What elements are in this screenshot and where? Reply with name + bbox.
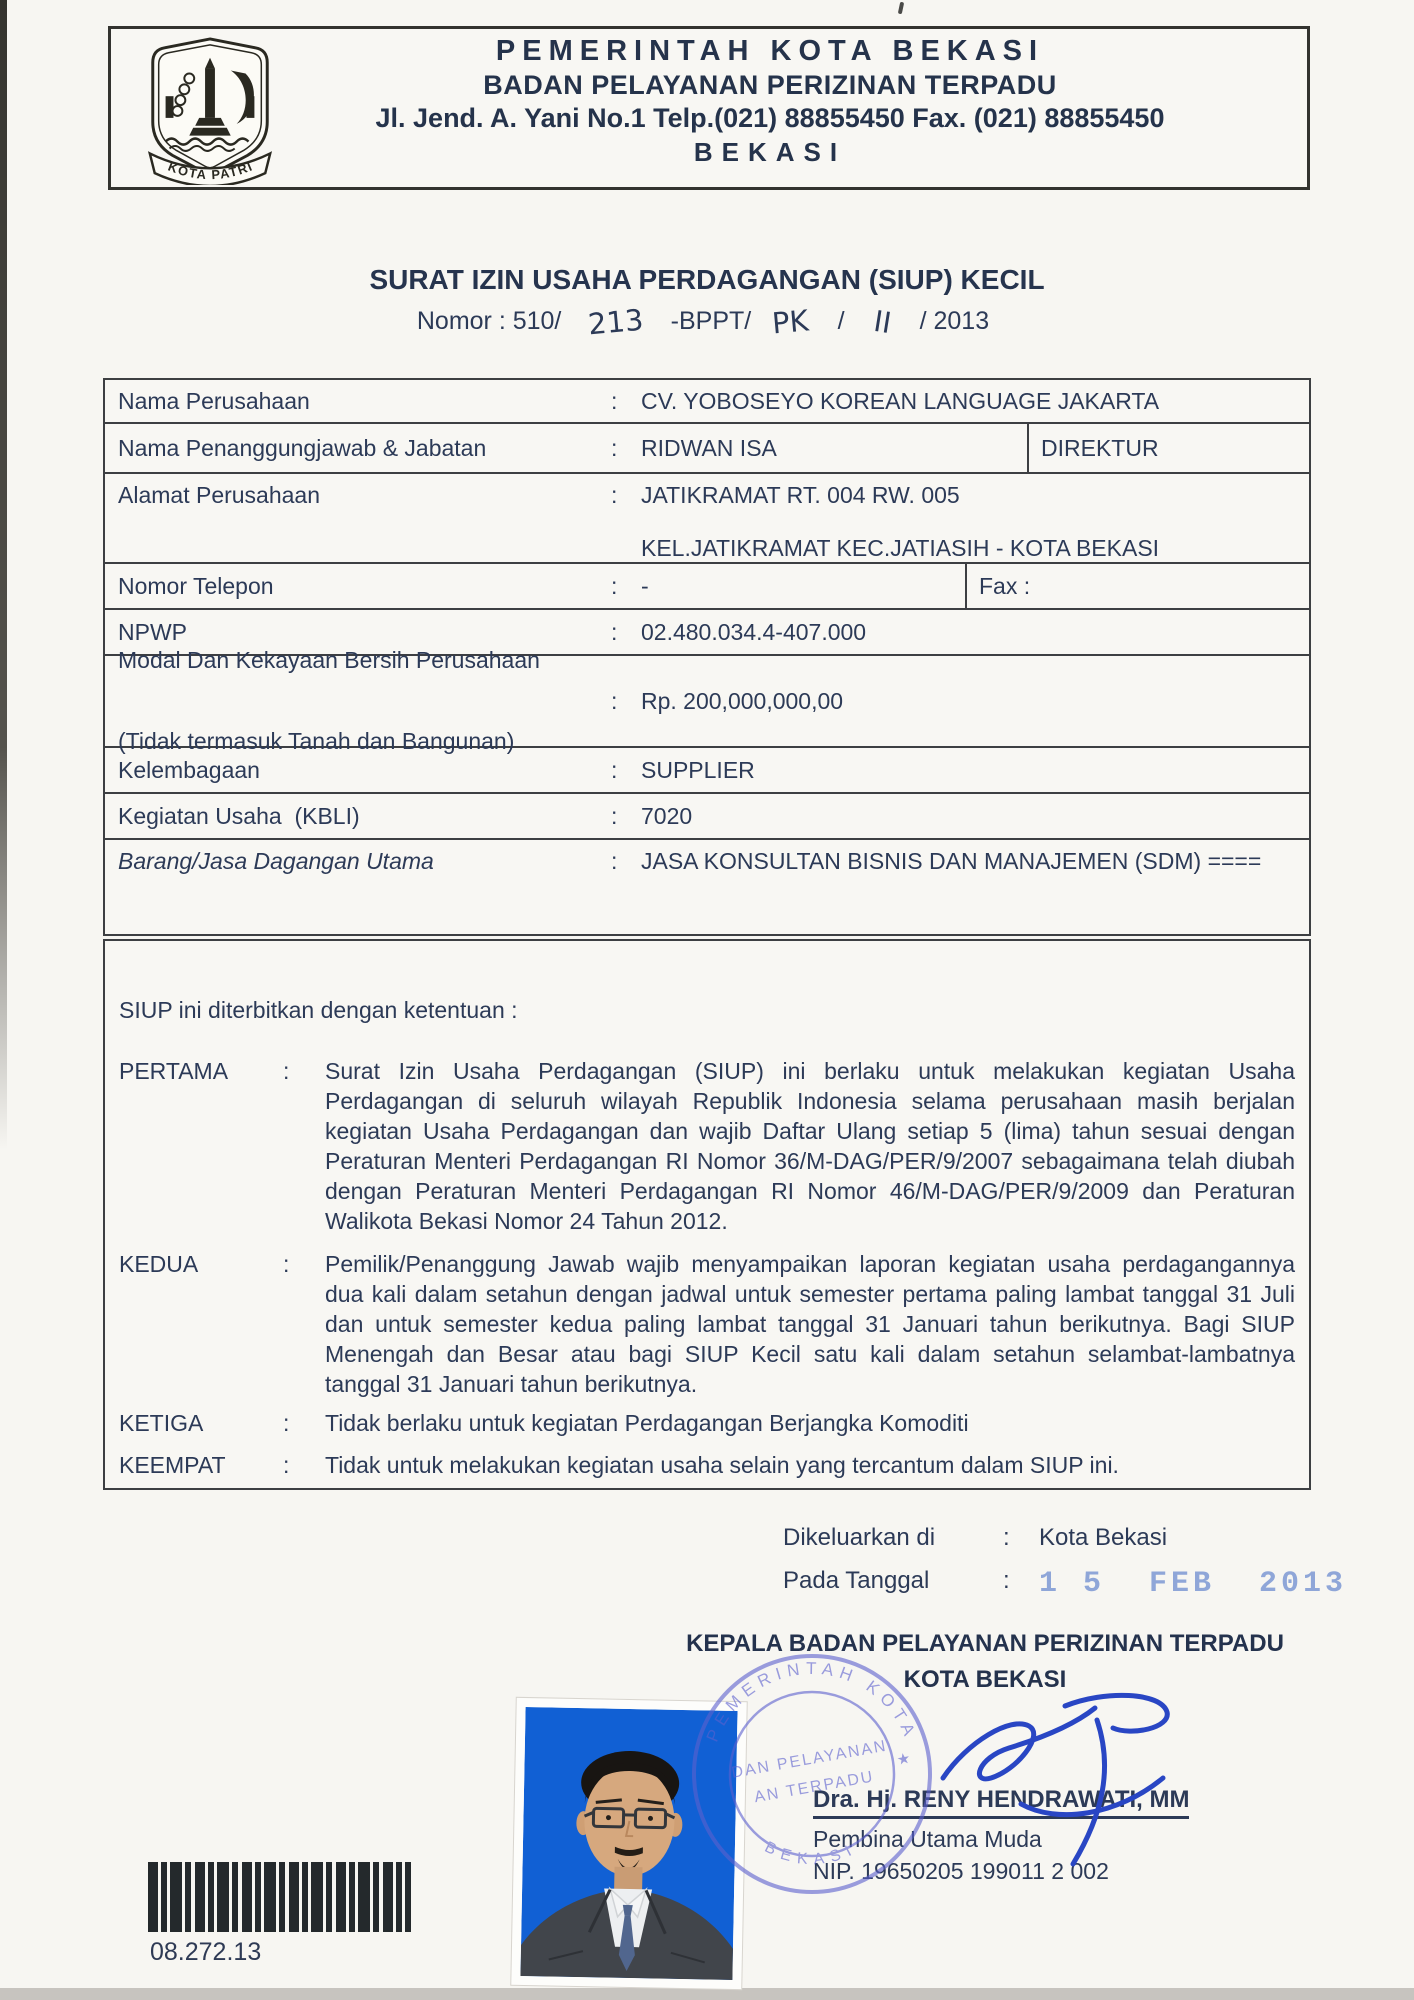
- condition-colon: :: [271, 1450, 313, 1480]
- issued-at-row: Dikeluarkan di : Kota Bekasi: [783, 1524, 1347, 1552]
- condition-text: Surat Izin Usaha Perdagangan (SIUP) ini …: [325, 1056, 1295, 1236]
- condition-text: Pemilik/Penanggung Jawab wajib menyampai…: [325, 1249, 1295, 1399]
- condition-term: KEDUA: [119, 1249, 271, 1399]
- conditions-intro: SIUP ini diterbitkan dengan ketentuan :: [119, 997, 1295, 1024]
- number-handwritten-code: PK: [771, 303, 810, 340]
- issued-at-label: Dikeluarkan di: [783, 1524, 1003, 1552]
- agency-name: BADAN PELAYANAN PERIZINAN TERPADU: [241, 70, 1299, 101]
- field-colon: :: [611, 482, 641, 509]
- table-row: Nama Penanggungjawab & Jabatan : RIDWAN …: [105, 424, 1309, 474]
- field-value: Rp. 200,000,000,00: [641, 688, 1309, 715]
- issuance-block: Dikeluarkan di : Kota Bekasi Pada Tangga…: [783, 1524, 1347, 1610]
- address-line-1: JATIKRAMAT RT. 004 RW. 005: [641, 482, 1309, 509]
- letterhead-text: PEMERINTAH KOTA BEKASI BADAN PELAYANAN P…: [241, 35, 1299, 168]
- agency-address: Jl. Jend. A. Yani No.1 Telp.(021) 888554…: [241, 103, 1299, 134]
- document-title: SURAT IZIN USAHA PERDAGANGAN (SIUP) KECI…: [103, 264, 1311, 296]
- table-row: Barang/Jasa Dagangan Utama : JASA KONSUL…: [105, 840, 1309, 934]
- condition-term: KEEMPAT: [119, 1450, 271, 1480]
- field-value: JATIKRAMAT RT. 004 RW. 005 KEL.JATIKRAMA…: [641, 482, 1309, 562]
- condition-item: PERTAMA : Surat Izin Usaha Perdagangan (…: [119, 1056, 1295, 1236]
- condition-item: KETIGA : Tidak berlaku untuk kegiatan Pe…: [119, 1408, 1295, 1438]
- field-colon: :: [611, 803, 641, 830]
- date-stamp: 1 5 FEB 2013: [1039, 1567, 1347, 1601]
- condition-item: KEDUA : Pemilik/Penanggung Jawab wajib m…: [119, 1249, 1295, 1399]
- address-line-2: KEL.JATIKRAMAT KEC.JATIASIH - KOTA BEKAS…: [641, 535, 1309, 562]
- table-row: Alamat Perusahaan : JATIKRAMAT RT. 004 R…: [105, 474, 1309, 564]
- scan-edge-artifact: [0, 1988, 1414, 2000]
- table-row: Modal Dan Kekayaan Bersih Perusahaan (Ti…: [105, 656, 1309, 748]
- table-row: Kegiatan Usaha (KBLI) : 7020: [105, 794, 1309, 840]
- fax-cell: Fax :: [965, 564, 1309, 608]
- issued-date-label: Pada Tanggal: [783, 1567, 1003, 1595]
- condition-colon: :: [271, 1249, 313, 1399]
- condition-text: Tidak berlaku untuk kegiatan Perdagangan…: [325, 1408, 1295, 1438]
- government-name: PEMERINTAH KOTA BEKASI: [241, 35, 1299, 68]
- issued-date-colon: :: [1003, 1567, 1039, 1595]
- field-value: SUPPLIER: [641, 757, 1309, 784]
- number-mid: -BPPT/: [671, 307, 752, 336]
- scan-artifact: [898, 2, 904, 15]
- number-prefix: Nomor : 510/: [417, 307, 562, 336]
- condition-term: PERTAMA: [119, 1056, 271, 1236]
- condition-term: KETIGA: [119, 1408, 271, 1438]
- field-value: 02.480.034.4-407.000: [641, 619, 1309, 646]
- barcode-number: 08.272.13: [150, 1938, 261, 1967]
- barcode: [148, 1862, 411, 1932]
- field-colon: :: [611, 619, 641, 646]
- field-label: Kelembagaan: [105, 757, 611, 784]
- stamp-arc-top-text: PEMERINTAH KOTA: [703, 1659, 921, 1745]
- issued-at-value: Kota Bekasi: [1039, 1524, 1167, 1552]
- field-colon: :: [611, 388, 641, 415]
- field-colon: :: [611, 573, 641, 600]
- table-row: Nama Perusahaan : CV. YOBOSEYO KOREAN LA…: [105, 380, 1309, 424]
- field-label: Barang/Jasa Dagangan Utama: [105, 848, 611, 875]
- jabatan-cell: DIREKTUR: [1027, 424, 1309, 472]
- handwritten-signature: [925, 1682, 1195, 1872]
- stamp-star-icon: ★: [895, 1750, 911, 1769]
- document-number: Nomor : 510/ 213 -BPPT/ PK / II / 2013: [103, 302, 1311, 336]
- number-year: / 2013: [920, 307, 990, 336]
- issued-date-row: Pada Tanggal : 1 5 FEB 2013: [783, 1564, 1347, 1598]
- number-handwritten-month: II: [871, 304, 893, 340]
- field-label: Kegiatan Usaha (KBLI): [105, 803, 611, 830]
- siup-document-page: KOTA PATRIOT PEMERINTAH KOTA BEKASI BADA…: [0, 0, 1414, 2000]
- company-info-table: Nama Perusahaan : CV. YOBOSEYO KOREAN LA…: [103, 378, 1311, 936]
- field-value: 7020: [641, 803, 1309, 830]
- condition-colon: :: [271, 1408, 313, 1438]
- svg-text:BEKASI: BEKASI: [762, 1839, 861, 1869]
- scan-edge-artifact: [0, 0, 7, 1150]
- conditions-box: SIUP ini diterbitkan dengan ketentuan : …: [103, 939, 1311, 1490]
- field-colon: :: [611, 435, 641, 462]
- svg-text:PEMERINTAH KOTA: PEMERINTAH KOTA: [703, 1659, 921, 1745]
- field-colon: :: [611, 688, 641, 715]
- number-slash: /: [838, 307, 845, 336]
- condition-item: KEEMPAT : Tidak untuk melakukan kegiatan…: [119, 1450, 1295, 1480]
- modal-label-line-1: Modal Dan Kekayaan Bersih Perusahaan: [118, 647, 611, 674]
- field-colon: :: [611, 757, 641, 784]
- document-title-block: SURAT IZIN USAHA PERDAGANGAN (SIUP) KECI…: [103, 264, 1311, 336]
- table-row: Kelembagaan : SUPPLIER: [105, 748, 1309, 794]
- number-handwritten-serial: 213: [587, 303, 645, 342]
- field-value: JASA KONSULTAN BISNIS DAN MANAJEMEN (SDM…: [641, 848, 1309, 875]
- field-value: CV. YOBOSEYO KOREAN LANGUAGE JAKARTA: [641, 388, 1309, 415]
- condition-text: Tidak untuk melakukan kegiatan usaha sel…: [325, 1450, 1295, 1480]
- field-label: Nama Perusahaan: [105, 388, 611, 415]
- field-label: Alamat Perusahaan: [105, 482, 611, 509]
- official-round-stamp: PEMERINTAH KOTA BEKASI DAN PELAYANAN AN …: [686, 1648, 938, 1900]
- field-colon: :: [611, 848, 641, 875]
- letterhead: KOTA PATRIOT PEMERINTAH KOTA BEKASI BADA…: [108, 26, 1310, 190]
- stamp-arc-bottom-text: BEKASI: [762, 1839, 861, 1869]
- field-label: Nama Penanggungjawab & Jabatan: [105, 435, 611, 462]
- issued-at-colon: :: [1003, 1524, 1039, 1552]
- condition-colon: :: [271, 1056, 313, 1236]
- agency-city: BEKASI: [241, 137, 1299, 168]
